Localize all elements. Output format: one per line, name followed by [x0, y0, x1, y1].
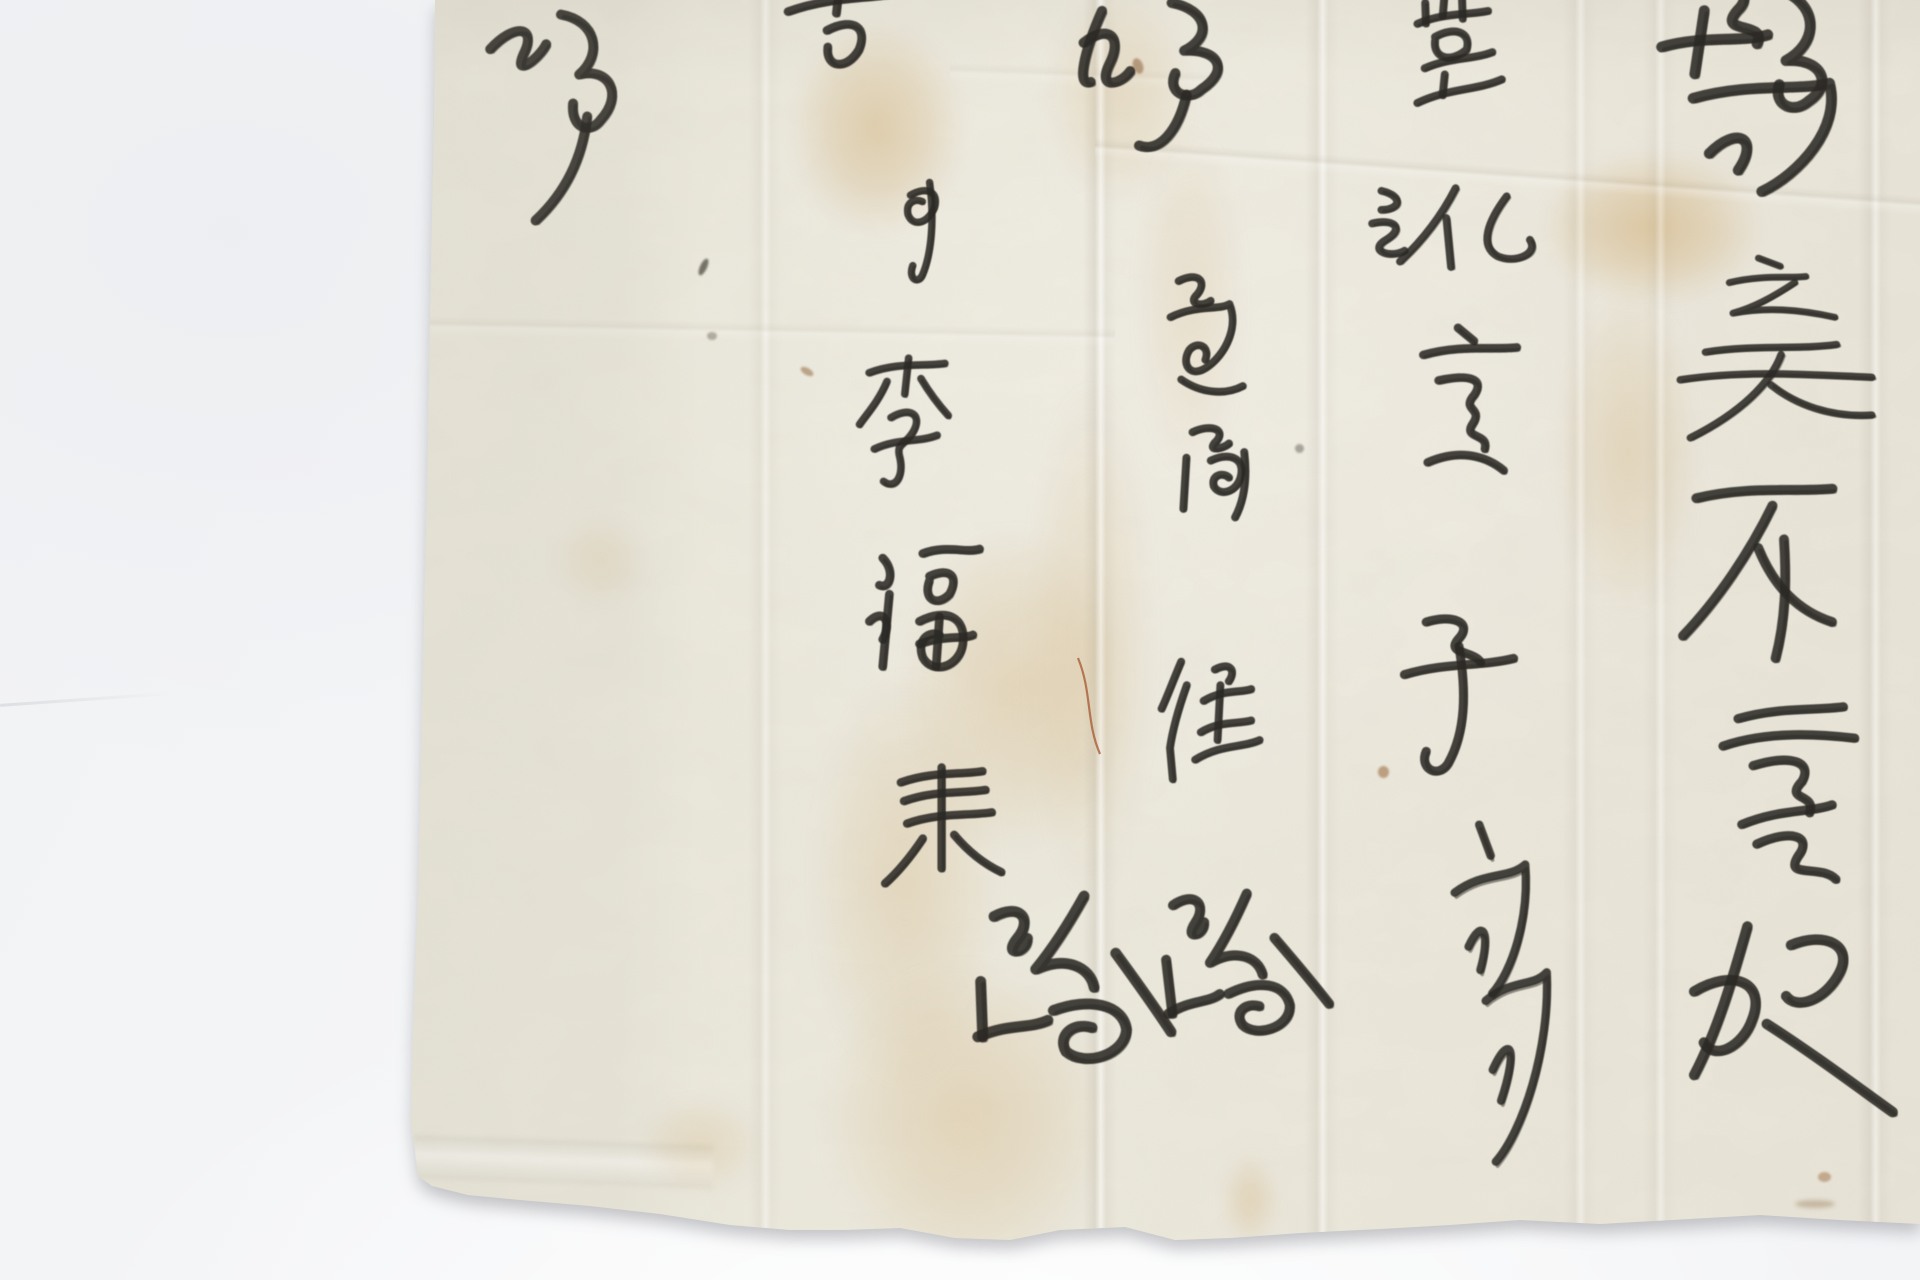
calligraphy-char [1620, 0, 1886, 233]
calligraphy-char [1133, 268, 1267, 432]
calligraphy-char [835, 344, 972, 548]
calligraphy-char [1150, 418, 1302, 560]
paper-fold-band [412, 1135, 713, 1189]
calligraphy-char [1670, 908, 1912, 1140]
paper-speck [799, 365, 815, 378]
calligraphy-char [1026, 0, 1287, 221]
paper-speck [697, 257, 711, 276]
calligraphy-char [1142, 646, 1282, 842]
photo-of-manuscript: 勢之天不雲如 / 豈訛言爭勞 / 任爲所往路 / 吉中李福来踏 / 仍 [0, 0, 1920, 1280]
calligraphy-char [1335, 180, 1567, 316]
calligraphy-char [872, 176, 992, 336]
calligraphy-char [1693, 703, 1881, 899]
paper-stain [1222, 1155, 1278, 1245]
calligraphy-char [1651, 468, 1871, 713]
calligraphy-char [1406, 807, 1577, 1194]
calligraphy-char [1368, 610, 1550, 812]
calligraphy-char [753, 0, 936, 200]
paper-sheet [0, 0, 1920, 1280]
paper-stain [1025, 380, 1155, 900]
calligraphy-char [452, 0, 688, 245]
calligraphy-char [1645, 332, 1897, 458]
calligraphy-char [846, 540, 1013, 766]
paper-speck [1818, 1172, 1831, 1182]
paper-speck [1795, 1200, 1835, 1208]
calligraphy-char [1385, 0, 1533, 162]
paper-wrapper [0, 0, 1920, 1280]
paper-crease-horizontal [425, 316, 1115, 348]
paper-crease-vertical [1563, 0, 1597, 1280]
paper-speck [707, 332, 717, 340]
calligraphy-char [934, 874, 1194, 1139]
paper-stain [552, 512, 648, 608]
calligraphy-char [1375, 316, 1552, 530]
